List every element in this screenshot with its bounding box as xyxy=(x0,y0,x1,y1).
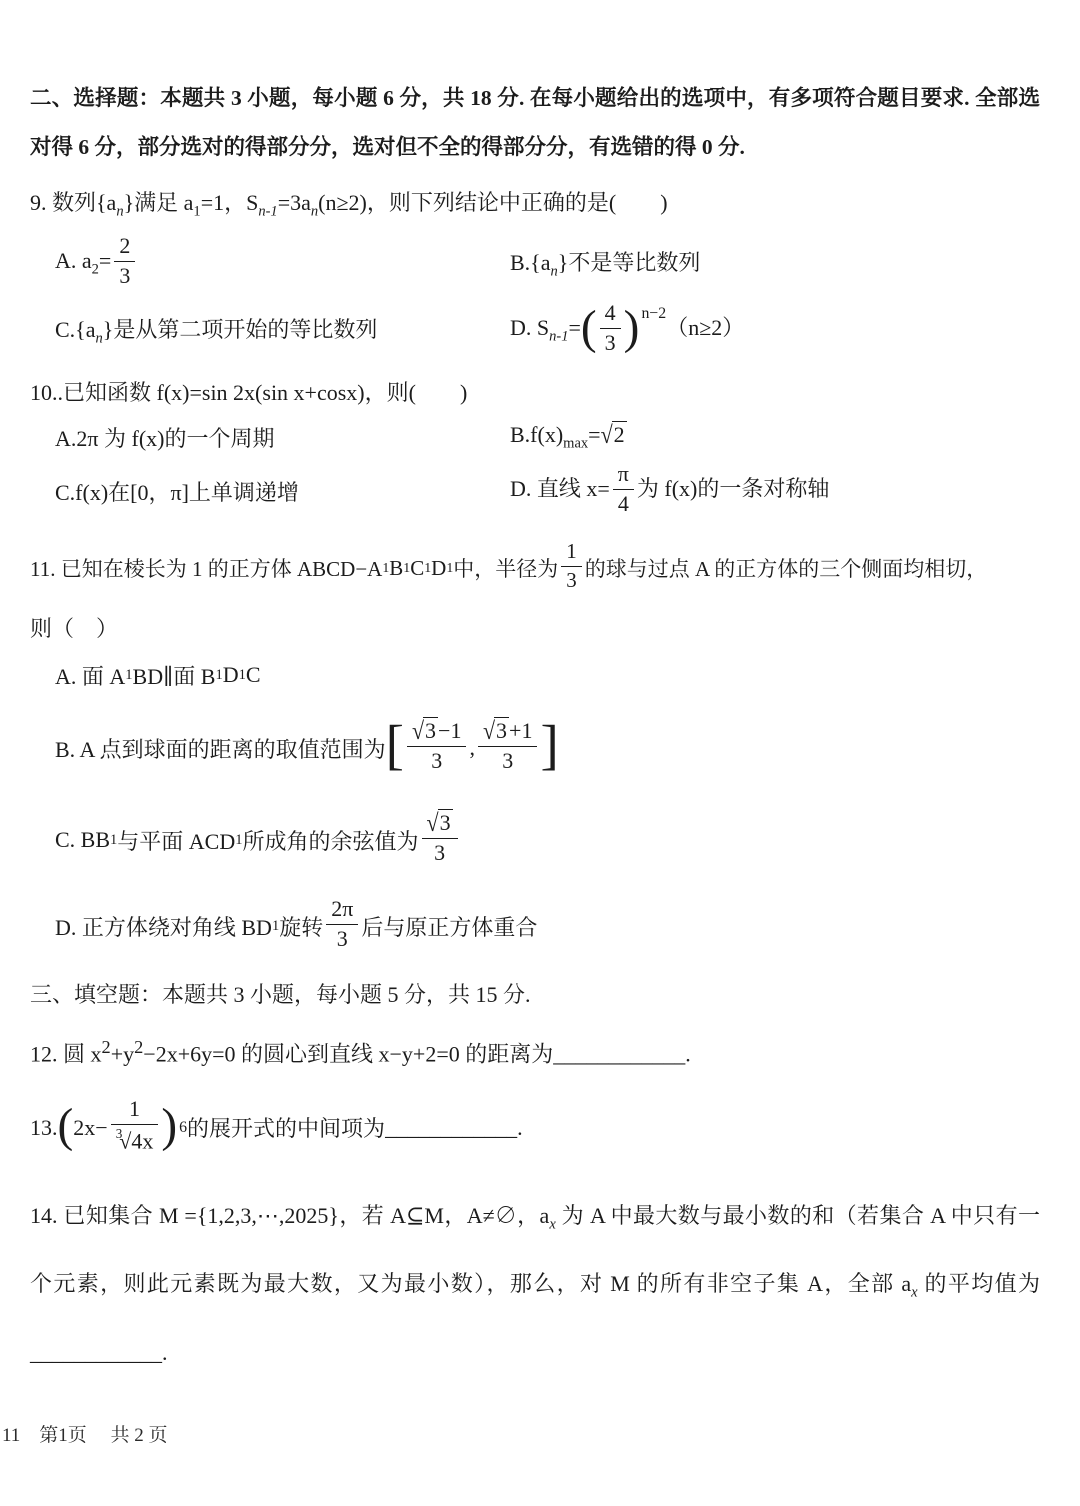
section3-title: 三、填空题：本题共 3 小题，每小题 5 分，共 15 分. xyxy=(30,974,1040,1016)
fraction: 43 xyxy=(600,301,621,355)
q9-stem: 9. 数列{an}满足 a1=1，Sn-1=3an(n≥2)，则下列结论中正确的… xyxy=(30,182,1040,232)
q10-options-row-cd: C.f(x)在[0，π]上单调递增 D. 直线 x=π4为 f(x)的一条对称轴 xyxy=(30,460,1040,522)
fraction: 13√4x xyxy=(111,1097,159,1154)
q9-options-row-ab: A. a2=23 B.{an}不是等比数列 xyxy=(30,232,1040,294)
fraction: √3+13 xyxy=(478,719,538,773)
fraction: √33 xyxy=(422,811,458,865)
square-root: √2 xyxy=(601,422,627,447)
q11-stem: 11. 已知在棱长为 1 的正方体 ABCD−A1B1C1D1 中，半径为13的… xyxy=(30,534,1040,602)
q11-option-a: A. 面 A1BD∥面 B1 D1C xyxy=(30,652,1040,698)
fraction: π4 xyxy=(613,462,634,516)
page-footer: 11 第1页 共 2 页 xyxy=(2,1420,168,1447)
square-root: √3 xyxy=(483,718,509,743)
q13-text: 13. (2x−13√4x)6 的展开式的中间项为____________. xyxy=(30,1080,1040,1176)
q9-option-c: C.{an}是从第二项开始的等比数列 xyxy=(55,313,510,347)
square-root: √3 xyxy=(412,718,438,743)
q10-option-c: C.f(x)在[0，π]上单调递增 xyxy=(55,476,510,507)
section2-title: 二、选择题：本题共 3 小题，每小题 6 分，共 18 分. 在每小题给出的选项… xyxy=(30,74,1040,172)
q9-option-b: B.{an}不是等比数列 xyxy=(510,246,1040,280)
answer-blank: ____________ xyxy=(385,1115,517,1141)
q11-stem-line2: 则（ ） xyxy=(30,608,1040,650)
q10-option-b: B.f(x)max=√2 xyxy=(510,422,1040,452)
q9-option-d: D. Sn-1=(43)n−2（n≥2） xyxy=(510,303,1040,357)
cube-root: 3√4x xyxy=(111,1124,159,1154)
exam-content: 二、选择题：本题共 3 小题，每小题 6 分，共 18 分. 在每小题给出的选项… xyxy=(0,0,1080,1383)
fraction: √3−13 xyxy=(407,719,467,773)
q10-stem: 10..已知函数 f(x)=sin 2x(sin x+cosx)，则( ) xyxy=(30,372,1040,414)
answer-blank: ____________ xyxy=(30,1340,162,1365)
q9-option-a: A. a2=23 xyxy=(55,236,510,290)
q12-text: 12. 圆 x2+y2−2x+6y=0 的圆心到直线 x−y+2=0 的距离为_… xyxy=(30,1026,1040,1075)
fraction: 23 xyxy=(114,234,135,288)
q9-options-row-cd: C.{an}是从第二项开始的等比数列 D. Sn-1=(43)n−2（n≥2） xyxy=(30,294,1040,366)
q14-text: 14. 已知集合 M ={1,2,3,⋯,2025}，若 A⊆M，A≠∅，ax … xyxy=(30,1186,1040,1383)
square-root: √3 xyxy=(427,810,453,835)
fraction: 13 xyxy=(561,540,582,592)
exam-page: 二、选择题：本题共 3 小题，每小题 6 分，共 18 分. 在每小题给出的选项… xyxy=(0,0,1080,1506)
q10-option-a: A.2π 为 f(x)的一个周期 xyxy=(55,422,510,453)
fraction: 2π3 xyxy=(326,897,358,951)
q10-option-d: D. 直线 x=π4为 f(x)的一条对称轴 xyxy=(510,464,1040,518)
q11-option-d: D. 正方体绕对角线 BD1 旋转2π3 后与原正方体重合 xyxy=(30,886,1040,966)
q11-option-b: B. A 点到球面的距离的取值范围为[√3−13,√3+13] xyxy=(30,702,1040,794)
answer-blank: ____________ xyxy=(553,1042,685,1067)
q10-options-row-ab: A.2π 为 f(x)的一个周期 B.f(x)max=√2 xyxy=(30,414,1040,460)
q11-option-c: C. BB1 与平面 ACD1 所成角的余弦值为√33 xyxy=(30,794,1040,886)
